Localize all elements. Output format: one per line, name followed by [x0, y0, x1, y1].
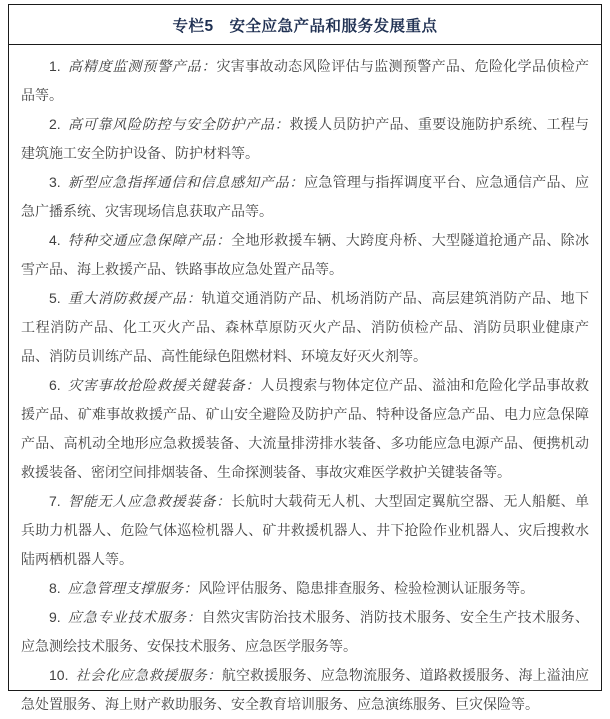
- item-lead-label: 高可靠风险防控与安全防护产品：: [68, 116, 290, 132]
- item-lead-label: 灾害事故抢险救援关键装备：: [68, 377, 261, 393]
- item-lead-label: 重大消防救援产品：: [68, 290, 202, 306]
- panel-body: 1. 高精度监测预警产品：灾害事故动态风险评估与监测预警产品、危险化学品侦检产品…: [9, 45, 601, 700]
- list-item: 9. 应急专业技术服务：自然灾害防治技术服务、消防技术服务、安全生产技术服务、应…: [21, 603, 589, 661]
- item-lead-label: 新型应急指挥通信和信息感知产品：: [68, 174, 304, 190]
- list-item: 10. 社会化应急救援服务：航空救援服务、应急物流服务、道路救援服务、海上溢油应…: [21, 661, 589, 700]
- list-item: 8. 应急管理支撑服务：风险评估服务、隐患排查服务、检验检测认证服务等。: [21, 574, 589, 603]
- list-item: 2. 高可靠风险防控与安全防护产品：救援人员防护产品、重要设施防护系统、工程与建…: [21, 110, 589, 168]
- panel-title: 专栏5 安全应急产品和服务发展重点: [9, 5, 601, 45]
- item-lead-label: 智能无人应急救援装备：: [68, 493, 231, 509]
- column-panel: 专栏5 安全应急产品和服务发展重点 1. 高精度监测预警产品：灾害事故动态风险评…: [8, 4, 602, 691]
- list-item: 6. 灾害事故抢险救援关键装备：人员搜索与物体定位产品、溢油和危险化学品事故救援…: [21, 371, 589, 487]
- item-lead-label: 高精度监测预警产品：: [68, 58, 217, 74]
- item-lead-label: 特种交通应急保障产品：: [68, 232, 231, 248]
- item-number: 7.: [49, 493, 68, 509]
- item-number: 10.: [49, 667, 75, 683]
- item-lead-label: 应急专业技术服务：: [68, 609, 202, 625]
- item-number: 3.: [49, 174, 68, 190]
- item-body-text: 风险评估服务、隐患排查服务、检验检测认证服务等。: [198, 580, 534, 596]
- item-number: 4.: [49, 232, 68, 248]
- item-number: 2.: [49, 116, 68, 132]
- item-number: 5.: [49, 290, 68, 306]
- list-item: 1. 高精度监测预警产品：灾害事故动态风险评估与监测预警产品、危险化学品侦检产品…: [21, 52, 589, 110]
- list-item: 7. 智能无人应急救援装备：长航时大载荷无人机、大型固定翼航空器、无人船艇、单兵…: [21, 487, 589, 574]
- item-number: 6.: [49, 377, 68, 393]
- list-item: 4. 特种交通应急保障产品：全地形救援车辆、大跨度舟桥、大型隧道抢通产品、除冰雪…: [21, 226, 589, 284]
- item-number: 9.: [49, 609, 68, 625]
- item-number: 1.: [49, 58, 68, 74]
- item-lead-label: 社会化应急救援服务：: [75, 667, 221, 683]
- list-item: 5. 重大消防救援产品：轨道交通消防产品、机场消防产品、高层建筑消防产品、地下工…: [21, 284, 589, 371]
- item-number: 8.: [49, 580, 68, 596]
- list-item: 3. 新型应急指挥通信和信息感知产品：应急管理与指挥调度平台、应急通信产品、应急…: [21, 168, 589, 226]
- item-lead-label: 应急管理支撑服务：: [68, 580, 199, 596]
